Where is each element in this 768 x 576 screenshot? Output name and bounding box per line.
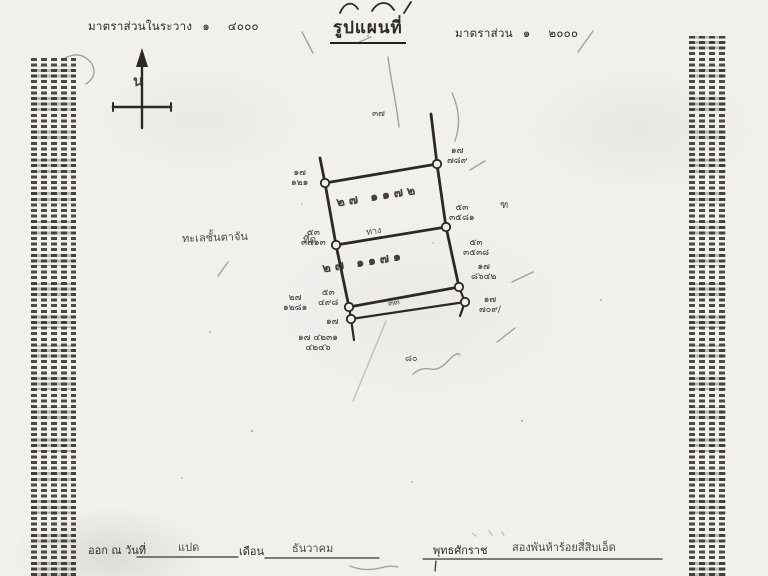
parcel-number-upper: ๒๗ ๑๑๗๒ xyxy=(335,180,421,213)
scanned-land-deed-map: มาตราส่วนในระวาง๑ ๔๐๐๐ รูปแผนที่ มาตราส่… xyxy=(0,0,768,576)
survey-mark-label: ๑๗ ๑๒๑ xyxy=(291,168,308,189)
stray-mark-top: ๓๗ xyxy=(372,106,385,120)
strip-mark: ๓๓ xyxy=(387,294,401,310)
road-strip-boundaries xyxy=(349,287,465,340)
parcel-number-lower: ๒๗ ๑๑๗๑ xyxy=(321,246,406,279)
footer-era-label: พุทธศักราช xyxy=(433,541,487,559)
survey-mark-label: ๕๓ ๓๕๘๑ xyxy=(449,203,475,224)
map-drawing xyxy=(0,0,768,576)
adjacent-area-label: ทะเลชั้นตาจัน xyxy=(182,227,249,247)
survey-mark-label: ๑๗ ๘๖๔๒ xyxy=(471,262,496,283)
footer-month: ธันวาคม xyxy=(292,539,333,557)
survey-mark-label: ๕๓ ๔๙๘ xyxy=(318,288,338,309)
footer-prefix: ออก ณ วันที่ xyxy=(88,541,146,559)
ornamental-border-right xyxy=(689,36,726,576)
stray-mark-right: ฑ xyxy=(500,198,508,213)
scale-value: ๑ ๒๐๐๐ xyxy=(523,26,578,40)
page-title: รูปแผนที่ xyxy=(330,14,406,44)
north-arrow-head xyxy=(136,48,148,67)
north-letter: น xyxy=(133,69,143,93)
scale-in-sheet: มาตราส่วนในระวาง๑ ๔๐๐๐ xyxy=(88,18,259,36)
survey-mark-label: ๑๗ xyxy=(326,317,338,327)
footer-year: สองพันห้าร้อยสี่สิบเอ็ด xyxy=(512,538,616,556)
survey-mark-label: ๕๓ ๓๕๓๘ xyxy=(463,238,489,259)
survey-mark-label: ๑๗ ๔๒๓๑ ๔๒๔๖ xyxy=(298,333,338,354)
survey-mark-label: ๑๗ ๗๘๙ xyxy=(447,146,467,167)
survey-mark-label: ๕๓ ๓๗๑๓ xyxy=(301,228,326,249)
scale-in-sheet-label: มาตราส่วนในระวาง xyxy=(88,19,192,33)
survey-mark-label: ๑๗ ๗๐๙/ xyxy=(479,295,501,316)
scale-label: มาตราส่วน xyxy=(455,26,513,40)
footer-month-label: เดือน xyxy=(239,542,264,560)
survey-mark-label: ๒๗ ๑๒๘๑ xyxy=(283,293,307,314)
ornamental-border-left xyxy=(31,56,76,576)
stray-mark-below: ๘๐ xyxy=(405,351,417,365)
road-label: ทาง xyxy=(365,223,382,239)
footer-day: แปด xyxy=(178,538,199,556)
scale: มาตราส่วน๑ ๒๐๐๐ xyxy=(455,25,578,43)
top-cropped-handwriting xyxy=(340,2,411,13)
footer-underlines xyxy=(137,557,662,571)
scale-in-sheet-value: ๑ ๔๐๐๐ xyxy=(202,19,259,33)
